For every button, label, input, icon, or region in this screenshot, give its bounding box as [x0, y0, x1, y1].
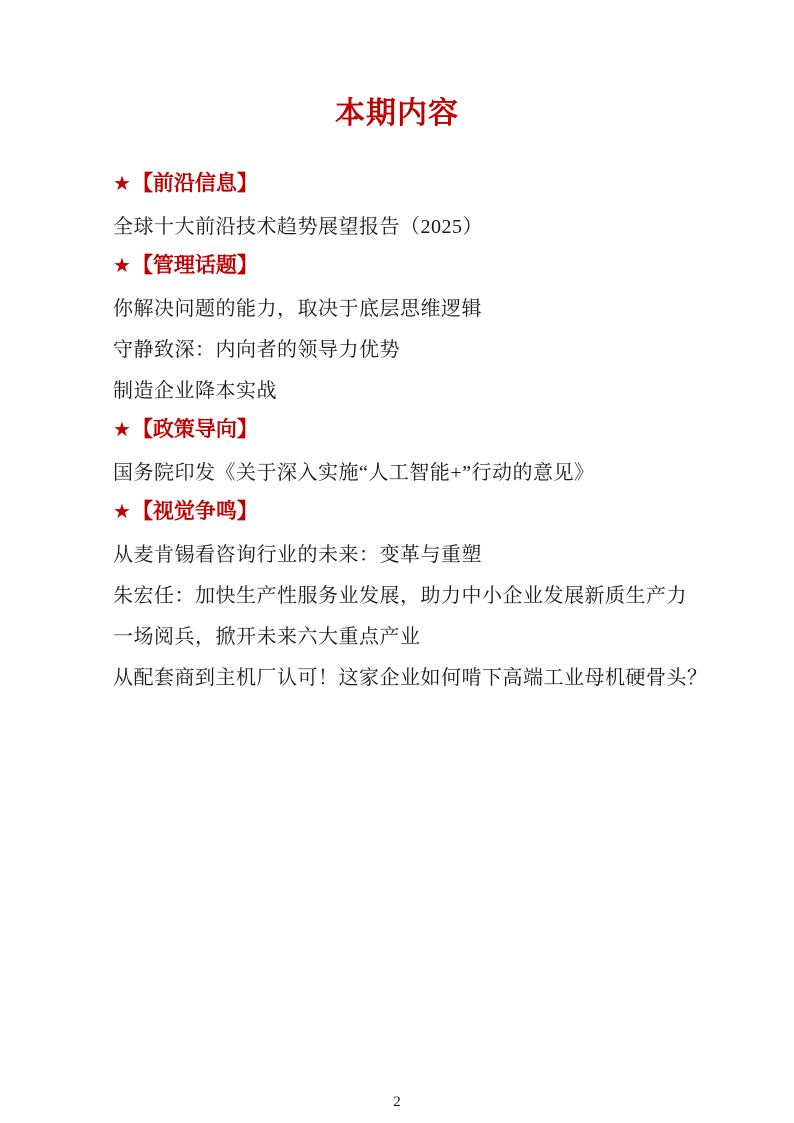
- star-icon: ★: [113, 174, 131, 194]
- section-header: ★【政策导向】: [113, 409, 714, 450]
- star-icon: ★: [113, 256, 131, 276]
- star-icon: ★: [113, 502, 131, 522]
- page-title: 本期内容: [0, 88, 794, 132]
- star-icon: ★: [113, 420, 131, 440]
- toc-item: 守静致深：内向者的领导力优势: [113, 327, 714, 368]
- section-header: ★【管理话题】: [113, 245, 714, 286]
- section-label: 【前沿信息】: [132, 173, 258, 194]
- toc-item: 从配套商到主机厂认可！这家企业如何啃下高端工业母机硬骨头？: [113, 655, 714, 696]
- toc-item: 朱宏任：加快生产性服务业发展，助力中小企业发展新质生产力: [113, 573, 714, 614]
- section-label: 【管理话题】: [132, 255, 258, 276]
- section-label: 【政策导向】: [132, 419, 258, 440]
- toc-item: 全球十大前沿技术趋势展望报告（2025）: [113, 204, 714, 245]
- toc-sections: ★【前沿信息】全球十大前沿技术趋势展望报告（2025）★【管理话题】你解决问题的…: [113, 163, 714, 696]
- toc-item: 从麦肯锡看咨询行业的未来：变革与重塑: [113, 532, 714, 573]
- section-header: ★【视觉争鸣】: [113, 491, 714, 532]
- document-page: 本期内容 ★【前沿信息】全球十大前沿技术趋势展望报告（2025）★【管理话题】你…: [0, 0, 794, 1123]
- page-number: 2: [0, 1094, 794, 1111]
- section-header: ★【前沿信息】: [113, 163, 714, 204]
- toc-item: 国务院印发《关于深入实施“人工智能+”行动的意见》: [113, 450, 714, 491]
- toc-item: 你解决问题的能力，取决于底层思维逻辑: [113, 286, 714, 327]
- toc-item: 制造企业降本实战: [113, 368, 714, 409]
- section-label: 【视觉争鸣】: [132, 501, 258, 522]
- toc-item: 一场阅兵，掀开未来六大重点产业: [113, 614, 714, 655]
